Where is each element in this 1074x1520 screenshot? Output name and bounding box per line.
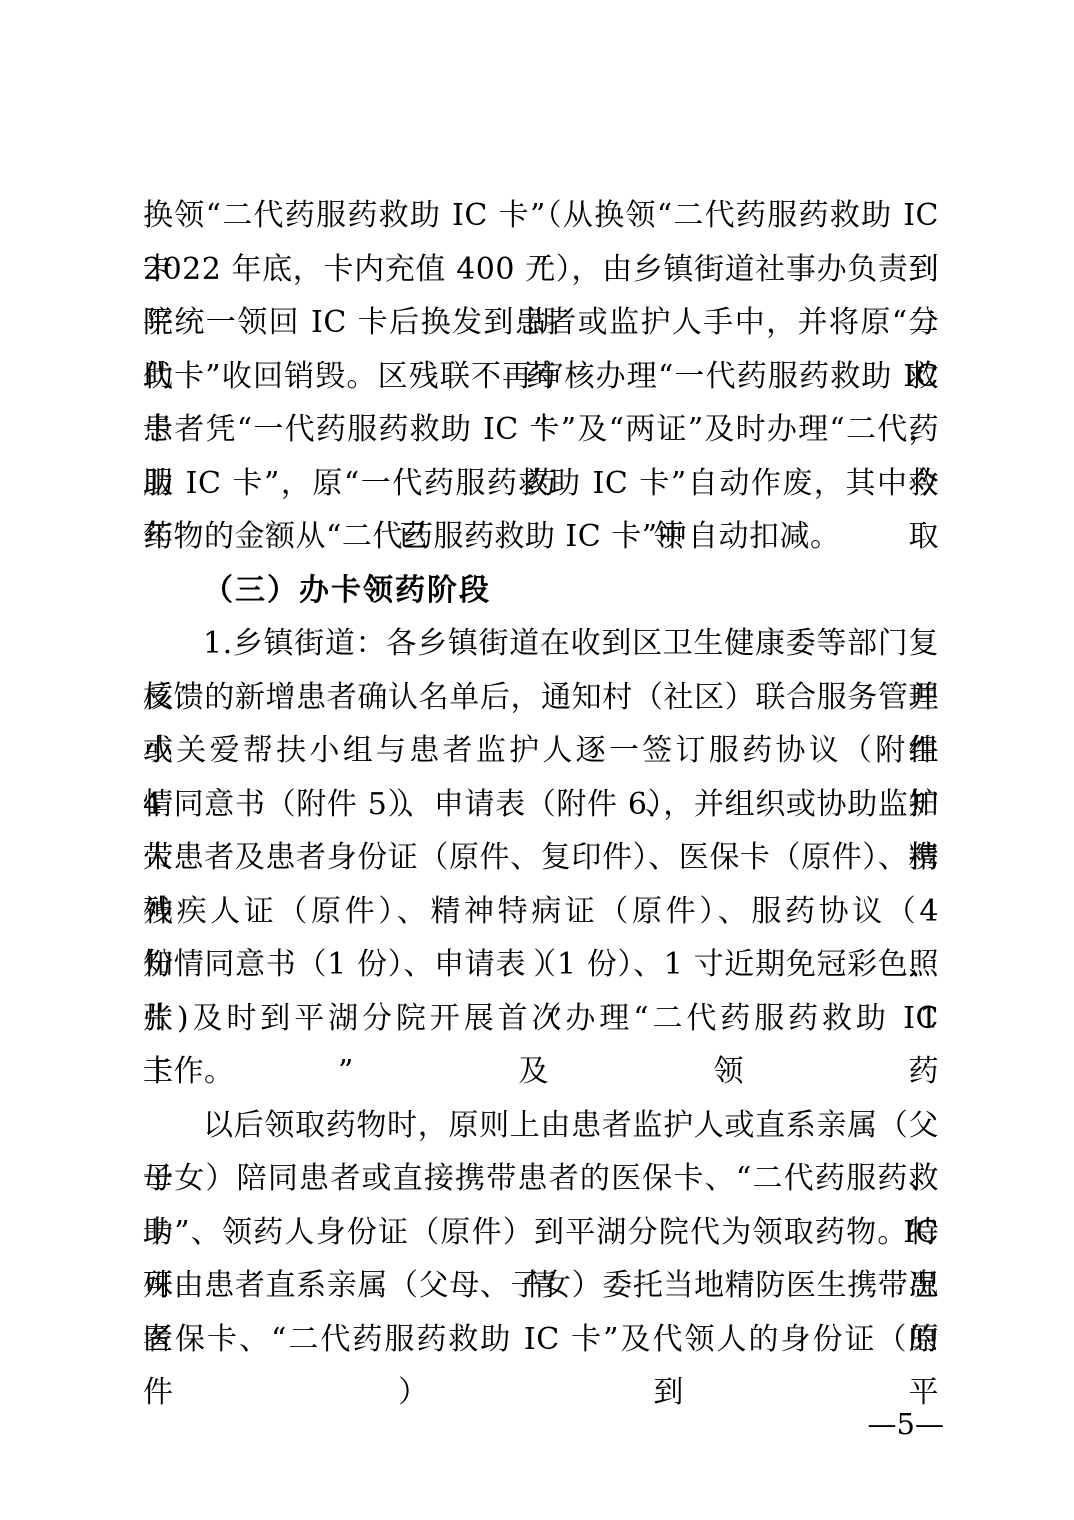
page-number: —5—: [868, 1404, 944, 1444]
text-line: 残疾人证（原件）、精神特病证（原件）、服药协议（4 份）、: [143, 885, 939, 939]
text-line: 反馈的新增患者确认名单后，通知村（社区）联合服务管理小组: [143, 671, 939, 725]
text-line: 助 IC 卡”，原“一代药服药救助 IC 卡”自动作废，其中今年已领取: [143, 457, 939, 511]
text-line: 助卡”收回销毁。区残联不再审核办理“一代药服药救助 IC 卡”，: [143, 350, 939, 404]
text-line: 子女）陪同患者或直接携带患者的医保卡、“二代药服药救助 IC: [143, 1152, 939, 1206]
text-block: 换领“二代药服药救助 IC 卡”（从换领“二代药服药救助 IC 卡”到 2022…: [143, 189, 939, 1366]
document-page: 换领“二代药服药救助 IC 卡”（从换领“二代药服药救助 IC 卡”到 2022…: [0, 0, 1074, 1520]
text-line: 换领“二代药服药救助 IC 卡”（从换领“二代药服药救助 IC 卡”到: [143, 189, 939, 243]
text-line: 张)及时到平湖分院开展首次办理“二代药服药救助 IC 卡”及领药: [143, 992, 939, 1046]
text-line: 药物的金额从“二代药服药救助 IC 卡”中自动扣减。: [143, 510, 939, 564]
text-line: 或关爱帮扶小组与患者监护人逐一签订服药协议（附件 4）、知: [143, 724, 939, 778]
text-line: 患者凭“一代药服药救助 IC 卡”及“两证”及时办理“二代药服药救: [143, 403, 939, 457]
text-line: 以后领取药物时，原则上由患者监护人或直系亲属（父母、: [143, 1099, 939, 1153]
text-line: 情同意书（附件 5）、申请表（附件 6），并组织或协助监护人携: [143, 778, 939, 832]
text-line: 1.乡镇街道：各乡镇街道在收到区卫生健康委等部门复核并: [143, 617, 939, 671]
text-line: 院统一领回 IC 卡后换发到患者或监护人手中，并将原“二代药救: [143, 296, 939, 350]
section-heading: （三）办卡领药阶段: [143, 564, 939, 618]
text-line: 可由患者直系亲属（父母、子女）委托当地精防医生携带患者的: [143, 1259, 939, 1313]
text-line: 卡”、领药人身份证（原件）到平湖分院代为领取药物。特殊情况: [143, 1206, 939, 1260]
text-line: 2022 年底，卡内充值 400 元），由乡镇街道社事办负责到平湖分: [143, 243, 939, 297]
text-line: 带患者及患者身份证（原件、复印件）、医保卡（原件）、精神: [143, 831, 939, 885]
text-line: 知情同意书（1 份）、申请表（1 份）、1 寸近期免冠彩色照片（1: [143, 938, 939, 992]
text-line: 医保卡、“二代药服药救助 IC 卡”及代领人的身份证（原件）到平: [143, 1313, 939, 1367]
